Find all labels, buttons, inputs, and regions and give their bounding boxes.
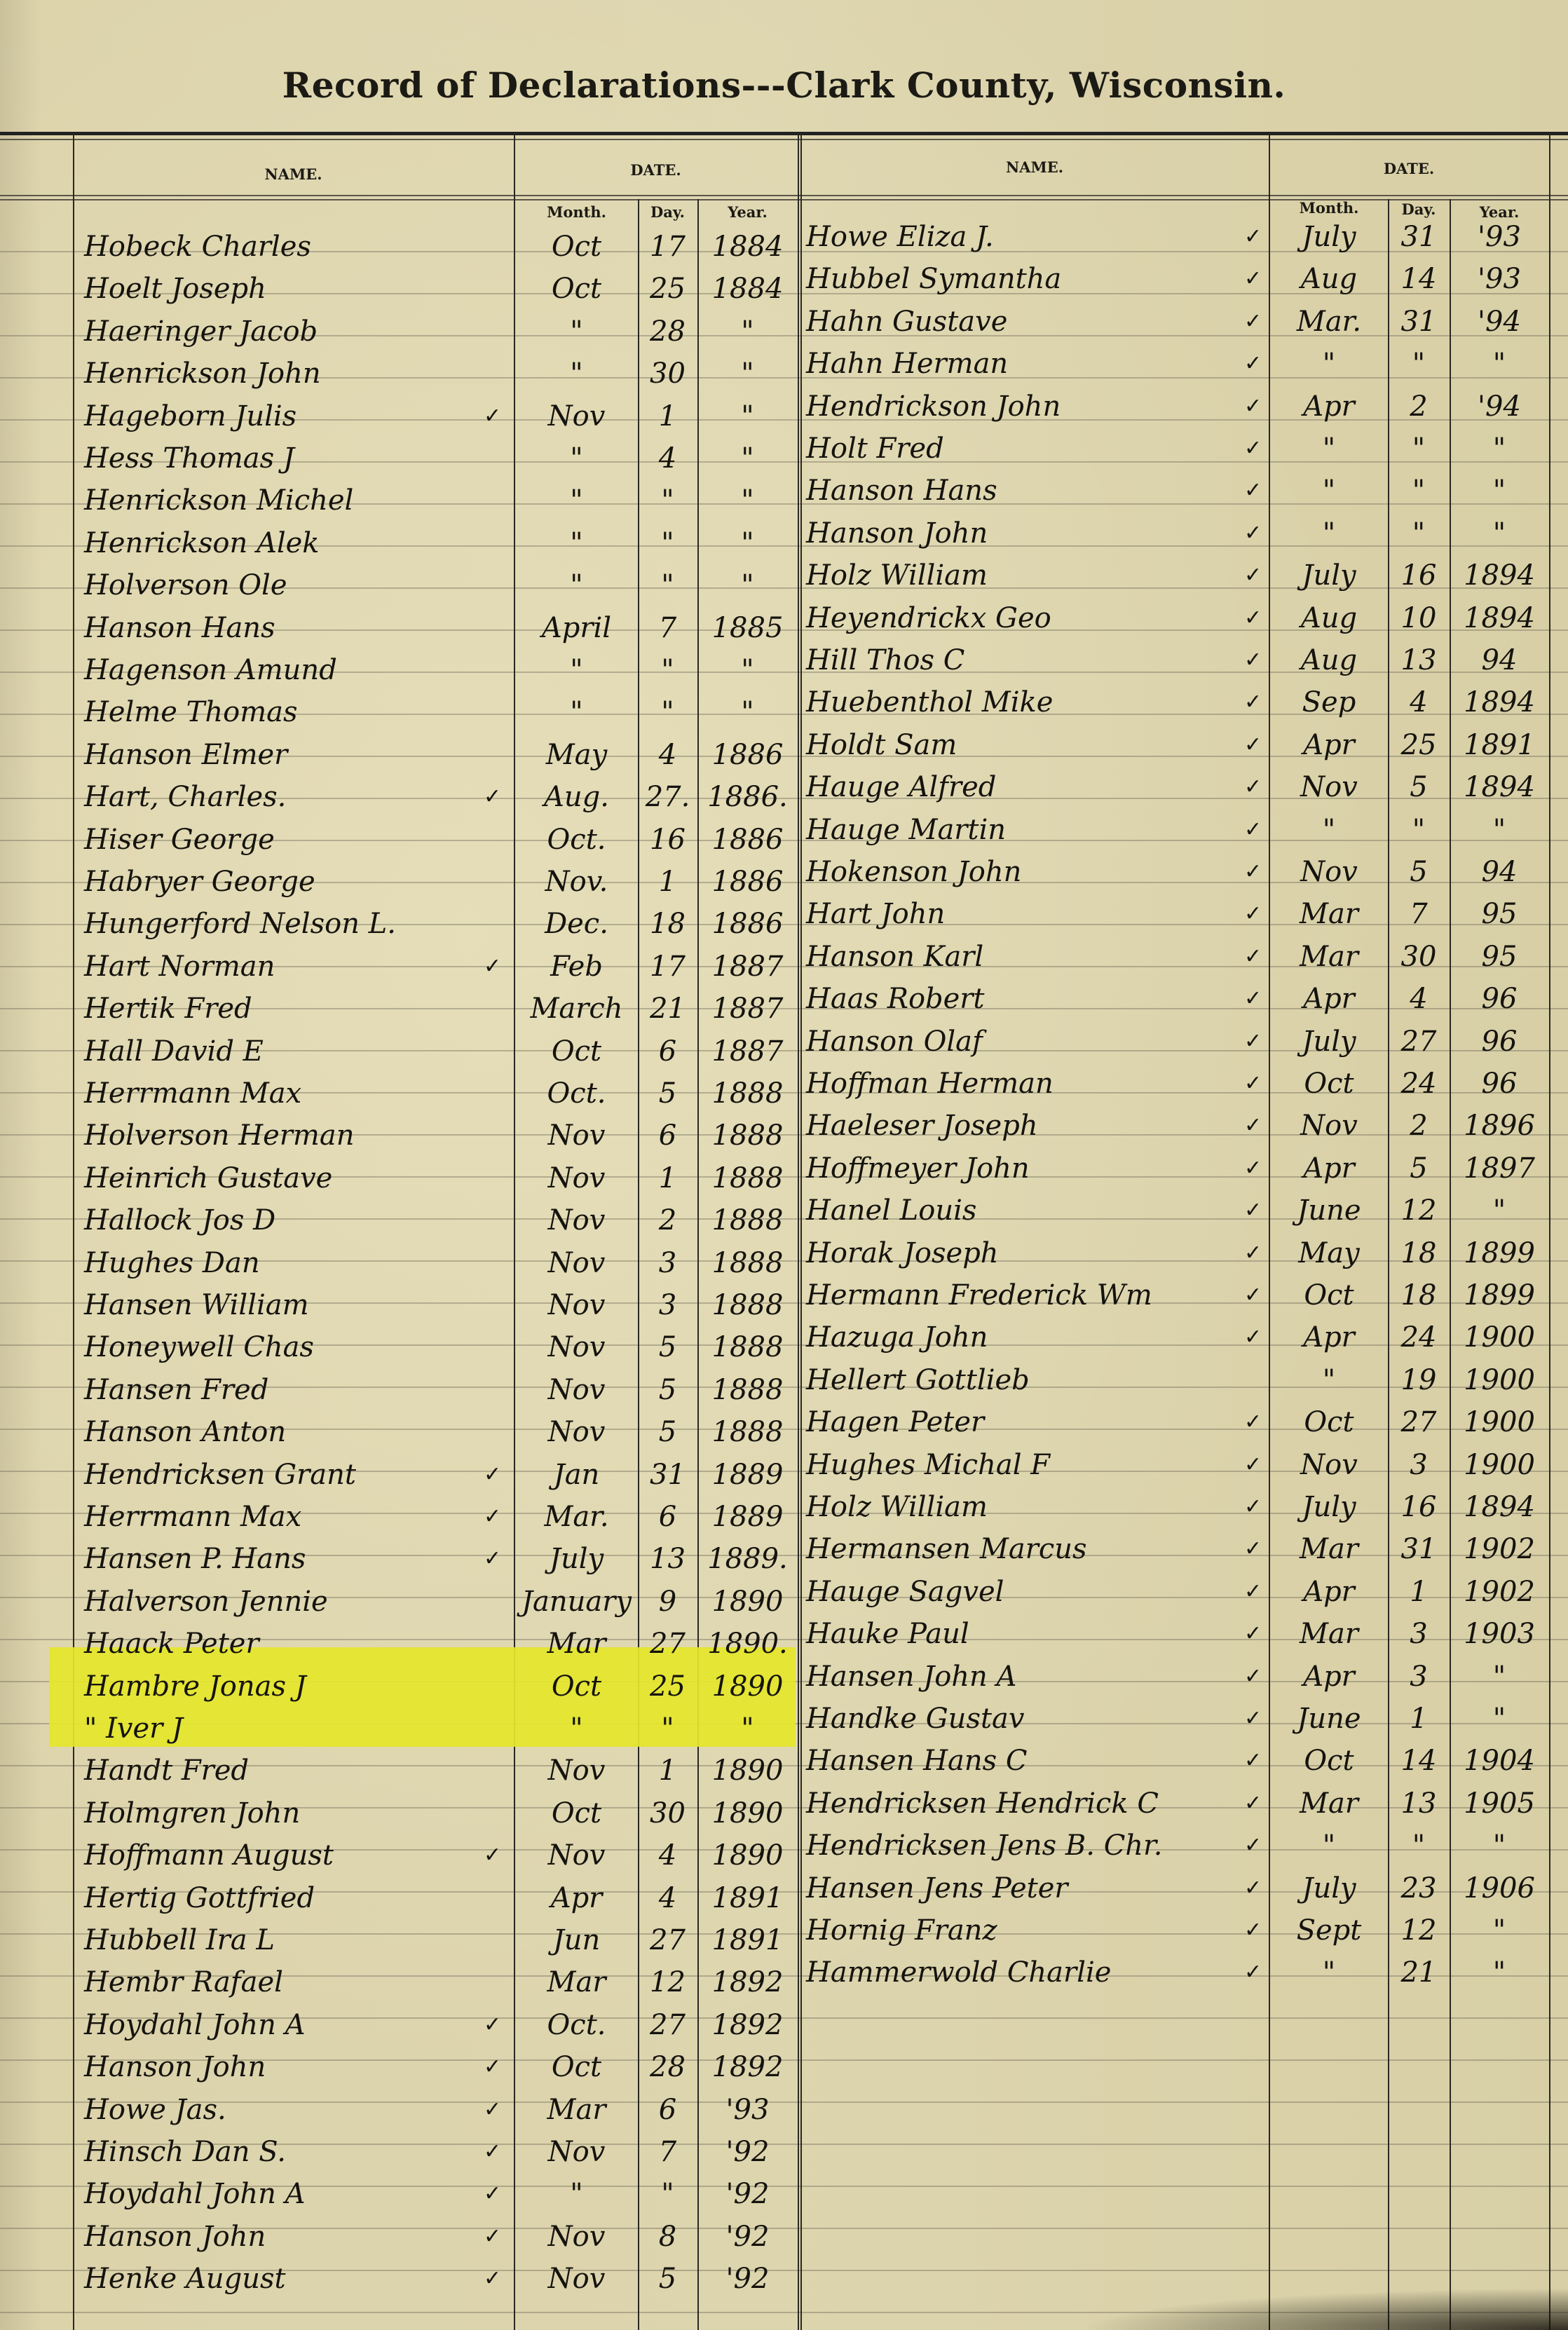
month-cell: Oct [1270,1063,1388,1105]
month-cell: " [1270,470,1388,512]
year-cell: '94 [1450,386,1549,428]
year-cell: 1899 [1450,1274,1549,1316]
month-cell: Nov [1270,1105,1388,1147]
year-cell: '92 [697,2258,798,2300]
day-cell: " [1388,1825,1450,1867]
name-cell: Hubbel Symantha [806,258,1241,300]
check-mark: ✓ [1244,1444,1265,1486]
day-cell: 13 [1388,639,1450,681]
name-cell: Hanel Louis [806,1190,1241,1232]
day-cell: " [1388,428,1450,470]
check-mark: ✓ [484,2216,505,2258]
day-cell: 10 [1388,597,1450,639]
month-cell: Nov [515,2258,638,2300]
check-mark: ✓ [1244,766,1265,808]
year-cell: 96 [1450,1063,1549,1105]
name-cell: Hanson John [806,512,1241,554]
name-cell: Holt Fred [806,428,1241,470]
check-mark: ✓ [1244,1232,1265,1274]
check-mark: ✓ [1244,1571,1265,1613]
day-cell: 4 [1388,978,1450,1020]
name-cell: Hokenson John [806,851,1241,893]
day-cell: 2 [1388,1105,1450,1147]
name-cell: Hauge Alfred [806,766,1241,808]
month-cell: " [1270,1825,1388,1867]
year-cell: 1894 [1450,597,1549,639]
check-mark: ✓ [1244,1147,1265,1190]
page-edge-shadow [1077,2288,1568,2330]
check-mark: ✓ [1244,639,1265,681]
table-row: Hanson John✓""" [0,512,1568,554]
table-row: Hansen Jens Peter✓July231906 [0,1867,1568,1909]
name-cell: Hendrickson John [806,386,1241,428]
year-cell: 1900 [1450,1444,1549,1486]
year-cell: 1899 [1450,1232,1549,1274]
name-cell: Henke August [84,2258,477,2300]
year-cell: " [1450,343,1549,385]
month-cell: Nov [1270,851,1388,893]
day-cell: 14 [1388,1740,1450,1782]
year-cell: 1902 [1450,1571,1549,1613]
month-cell: " [1270,1359,1388,1401]
name-cell: Holz William [806,554,1241,597]
check-mark: ✓ [1244,1656,1265,1698]
year-cell: 1904 [1450,1740,1549,1782]
check-mark: ✓ [1244,1401,1265,1443]
name-cell: Hammerwold Charlie [806,1951,1241,1994]
month-cell: Mar [1270,1783,1388,1825]
check-mark: ✓ [1244,1740,1265,1782]
name-cell: Howe Eliza J. [806,216,1241,258]
name-cell: Hellert Gottlieb [806,1359,1241,1401]
month-cell: Apr [1270,1571,1388,1613]
month-cell: July [1270,1867,1388,1909]
year-cell: 1894 [1450,1486,1549,1528]
table-row: Holt Fred✓""" [0,428,1568,470]
name-cell: Hansen Hans C [806,1740,1241,1782]
month-cell: Apr [1270,1147,1388,1190]
day-cell: " [1388,470,1450,512]
day-cell: 1 [1388,1698,1450,1740]
check-mark: ✓ [1244,1909,1265,1951]
name-cell: Hinsch Dan S. [84,2131,477,2173]
month-cell: Aug [1270,597,1388,639]
day-cell: 13 [1388,1783,1450,1825]
left-name-header: NAME. [73,165,514,183]
right-date-header: DATE. [1269,160,1549,177]
year-cell: '93 [1450,216,1549,258]
check-mark: ✓ [484,2258,505,2300]
month-cell: Aug [1270,639,1388,681]
year-cell: 1894 [1450,681,1549,723]
table-row: Hauke Paul✓Mar31903 [0,1613,1568,1655]
check-mark: ✓ [1244,851,1265,893]
name-cell: Hazuga John [806,1316,1241,1358]
check-mark: ✓ [1244,301,1265,343]
month-cell: Oct [1270,1401,1388,1443]
name-cell: Hauge Sagvel [806,1571,1241,1613]
year-cell: " [1450,1190,1549,1232]
year-cell: 1894 [1450,766,1549,808]
table-row: Hauge Martin✓""" [0,809,1568,851]
month-cell: " [1270,512,1388,554]
document-title: Record of Declarations---Clark County, W… [0,64,1568,106]
day-cell: 6 [638,2089,697,2131]
check-mark: ✓ [484,2046,505,2088]
month-cell: Nov [1270,1444,1388,1486]
check-mark: ✓ [1244,1825,1265,1867]
name-cell: Hoydahl John A [84,2004,477,2046]
month-cell: Sep [1270,681,1388,723]
table-row: Hoydahl John A✓Oct.271892 [0,2004,798,2046]
month-cell: " [1270,428,1388,470]
month-cell: " [515,2173,638,2215]
name-cell: Hansen Jens Peter [806,1867,1241,1909]
check-mark: ✓ [1244,1274,1265,1316]
check-mark: ✓ [1244,428,1265,470]
table-row: Hoffmeyer John✓Apr51897 [0,1147,1568,1190]
month-cell: Mar [1270,936,1388,978]
day-cell: 31 [1388,216,1450,258]
name-cell: Hauke Paul [806,1613,1241,1655]
year-cell: 1897 [1450,1147,1549,1190]
table-row: Hagen Peter✓Oct271900 [0,1401,1568,1443]
check-mark: ✓ [1244,1316,1265,1358]
table-row: Hoffman Herman✓Oct2496 [0,1063,1568,1105]
day-cell: 14 [1388,258,1450,300]
month-cell: Apr [1270,978,1388,1020]
check-mark: ✓ [484,2131,505,2173]
table-row: Henke August✓Nov5'92 [0,2258,798,2300]
table-row: Hammerwold Charlie✓"21" [0,1951,1568,1994]
header-rule-top [0,132,1568,135]
name-cell: Hermann Frederick Wm [806,1274,1241,1316]
table-row: Hellert Gottlieb"191900 [0,1359,1568,1401]
year-cell: 1891 [1450,724,1549,766]
year-cell: 1903 [1450,1613,1549,1655]
name-cell: Huebenthol Mike [806,681,1241,723]
table-row: Hanson John✓Nov8'92 [0,2216,798,2258]
year-cell: 94 [1450,851,1549,893]
year-cell: '93 [1450,258,1549,300]
table-row: Hanel Louis✓June12" [0,1190,1568,1232]
year-cell: 95 [1450,936,1549,978]
day-cell: 27 [638,2004,697,2046]
day-cell: 24 [1388,1316,1450,1358]
year-cell: " [1450,809,1549,851]
name-cell: Howe Jas. [84,2089,477,2131]
day-cell: 16 [1388,554,1450,597]
right-name-header: NAME. [800,158,1269,176]
day-cell: 25 [1388,724,1450,766]
table-row: Handke Gustav✓June1" [0,1698,1568,1740]
day-cell: 31 [1388,301,1450,343]
table-row: Hauge Sagvel✓Apr11902 [0,1571,1568,1613]
day-cell: 21 [1388,1951,1450,1994]
day-cell: 18 [1388,1274,1450,1316]
name-cell: Heyendrickx Geo [806,597,1241,639]
name-cell: Hornig Franz [806,1909,1241,1951]
year-cell: '94 [1450,301,1549,343]
day-cell: " [638,2173,697,2215]
month-cell: Apr [1270,386,1388,428]
name-cell: Hanson John [84,2046,477,2088]
check-mark: ✓ [1244,936,1265,978]
table-row: Huebenthol Mike✓Sep41894 [0,681,1568,723]
name-cell: Hanson John [84,2216,477,2258]
year-cell: 1900 [1450,1316,1549,1358]
month-cell: Nov [515,2216,638,2258]
check-mark: ✓ [1244,1613,1265,1655]
table-row: Hill Thos C✓Aug1394 [0,639,1568,681]
year-cell: '92 [697,2173,798,2215]
day-cell: 2 [1388,386,1450,428]
check-mark: ✓ [484,2173,505,2215]
table-row: Haeleser Joseph✓Nov21896 [0,1105,1568,1147]
month-cell: Nov [515,2131,638,2173]
table-row: Hauge Alfred✓Nov51894 [0,766,1568,808]
year-cell: 1892 [697,2046,798,2088]
table-row: Holz William✓July161894 [0,554,1568,597]
day-cell: 5 [1388,851,1450,893]
table-row: Hanson Olaf✓July2796 [0,1021,1568,1063]
name-cell: Hahn Gustave [806,301,1241,343]
table-row: Hart John✓Mar795 [0,893,1568,935]
name-cell: Haeleser Joseph [806,1105,1241,1147]
table-row: Haas Robert✓Apr496 [0,978,1568,1020]
name-cell: Hanson Karl [806,936,1241,978]
check-mark: ✓ [1244,216,1265,258]
day-cell: 27 [1388,1021,1450,1063]
year-cell: 1900 [1450,1359,1549,1401]
month-cell: Mar [1270,1528,1388,1570]
day-cell: 23 [1388,1867,1450,1909]
year-cell: " [1450,1698,1549,1740]
name-cell: Holz William [806,1486,1241,1528]
name-cell: Hagen Peter [806,1401,1241,1443]
month-cell: Mar [515,2089,638,2131]
month-cell: Apr [1270,1316,1388,1358]
name-cell: Handke Gustav [806,1698,1241,1740]
name-cell: Hill Thos C [806,639,1241,681]
month-cell: Apr [1270,1656,1388,1698]
table-row: Hughes Michal F✓Nov31900 [0,1444,1568,1486]
check-mark: ✓ [1244,512,1265,554]
table-row: Hansen John A✓Apr3" [0,1656,1568,1698]
check-mark: ✓ [1244,1528,1265,1570]
month-cell: Aug [1270,258,1388,300]
table-row: Hansen Hans C✓Oct141904 [0,1740,1568,1782]
day-cell: 30 [1388,936,1450,978]
day-cell: 18 [1388,1232,1450,1274]
name-cell: Hoffman Herman [806,1063,1241,1105]
day-cell: 7 [638,2131,697,2173]
year-cell: 1900 [1450,1401,1549,1443]
check-mark: ✓ [484,2089,505,2131]
name-cell: Hendricksen Hendrick C [806,1783,1241,1825]
table-row: Hornig Franz✓Sept12" [0,1909,1568,1951]
table-row: Hanson Hans✓""" [0,470,1568,512]
month-cell: Mar [1270,1613,1388,1655]
year-cell: 95 [1450,893,1549,935]
check-mark: ✓ [1244,470,1265,512]
table-row: Hokenson John✓Nov594 [0,851,1568,893]
check-mark: ✓ [1244,1951,1265,1994]
month-cell: Oct [515,2046,638,2088]
year-cell: '92 [697,2131,798,2173]
month-cell: Apr [1270,724,1388,766]
month-cell: Oct. [515,2004,638,2046]
year-cell: " [1450,1825,1549,1867]
check-mark: ✓ [484,2004,505,2046]
check-mark: ✓ [1244,343,1265,385]
table-row: Heyendrickx Geo✓Aug101894 [0,597,1568,639]
year-cell: 1902 [1450,1528,1549,1570]
name-cell: Hart John [806,893,1241,935]
table-row: Horak Joseph✓May181899 [0,1232,1568,1274]
day-cell: 5 [638,2258,697,2300]
table-row: Hahn Gustave✓Mar.31'94 [0,301,1568,343]
table-row: Hendrickson John✓Apr2'94 [0,386,1568,428]
table-row: Hubbel Symantha✓Aug14'93 [0,258,1568,300]
day-cell: 3 [1388,1444,1450,1486]
check-mark: ✓ [1244,597,1265,639]
table-row: Holz William✓July161894 [0,1486,1568,1528]
name-cell: Hermansen Marcus [806,1528,1241,1570]
check-mark: ✓ [1244,809,1265,851]
check-mark: ✓ [1244,1190,1265,1232]
name-cell: Holdt Sam [806,724,1241,766]
name-cell: Hansen John A [806,1656,1241,1698]
day-cell: 7 [1388,893,1450,935]
month-cell: June [1270,1698,1388,1740]
table-row: Hanson Karl✓Mar3095 [0,936,1568,978]
check-mark: ✓ [1244,724,1265,766]
name-cell: Hanson Olaf [806,1021,1241,1063]
year-cell: 1896 [1450,1105,1549,1147]
check-mark: ✓ [1244,554,1265,597]
month-cell: " [1270,343,1388,385]
year-cell: " [1450,470,1549,512]
check-mark: ✓ [1244,258,1265,300]
month-cell: Oct [1270,1274,1388,1316]
check-mark: ✓ [1244,1867,1265,1909]
month-cell: June [1270,1190,1388,1232]
check-mark: ✓ [1244,893,1265,935]
year-cell: 1894 [1450,554,1549,597]
name-cell: Hauge Martin [806,809,1241,851]
check-mark: ✓ [1244,681,1265,723]
year-cell: '93 [697,2089,798,2131]
check-mark: ✓ [1244,1105,1265,1147]
name-cell: Hoffmeyer John [806,1147,1241,1190]
table-row: Howe Eliza J.✓July31'93 [0,216,1568,258]
table-row: Hazuga John✓Apr241900 [0,1316,1568,1358]
table-row: Hermann Frederick Wm✓Oct181899 [0,1274,1568,1316]
year-cell: " [1450,1909,1549,1951]
month-cell: Sept [1270,1909,1388,1951]
month-cell: Mar. [1270,301,1388,343]
table-row: Hinsch Dan S.✓Nov7'92 [0,2131,798,2173]
day-cell: 31 [1388,1528,1450,1570]
day-cell: " [1388,343,1450,385]
table-row: Hendricksen Hendrick C✓Mar131905 [0,1783,1568,1825]
year-cell: 1906 [1450,1867,1549,1909]
table-row: Hanson John✓Oct281892 [0,2046,798,2088]
month-cell: May [1270,1232,1388,1274]
day-cell: " [1388,809,1450,851]
month-cell: " [1270,809,1388,851]
table-row: Hendricksen Jens B. Chr.✓""" [0,1825,1568,1867]
name-cell: Hoydahl John A [84,2173,477,2215]
year-cell: " [1450,1656,1549,1698]
day-cell: 19 [1388,1359,1450,1401]
day-cell: 12 [1388,1190,1450,1232]
year-cell: 1905 [1450,1783,1549,1825]
month-cell: Oct [1270,1740,1388,1782]
table-row: Hahn Herman✓""" [0,343,1568,385]
month-cell: " [1270,1951,1388,1994]
name-cell: Haas Robert [806,978,1241,1020]
year-cell: '92 [697,2216,798,2258]
header-rule-top-thin [0,139,1568,140]
table-row: Hermansen Marcus✓Mar311902 [0,1528,1568,1570]
name-cell: Hendricksen Jens B. Chr. [806,1825,1241,1867]
month-cell: July [1270,1486,1388,1528]
check-mark: ✓ [1244,1486,1265,1528]
day-cell: 12 [1388,1909,1450,1951]
check-mark: ✓ [1244,1698,1265,1740]
check-mark: ✓ [1244,1783,1265,1825]
month-cell: July [1270,216,1388,258]
check-mark: ✓ [1244,978,1265,1020]
year-cell: 96 [1450,978,1549,1020]
year-cell: 96 [1450,1021,1549,1063]
day-cell: 3 [1388,1613,1450,1655]
name-cell: Hughes Michal F [806,1444,1241,1486]
name-cell: Horak Joseph [806,1232,1241,1274]
name-cell: Hahn Herman [806,343,1241,385]
day-cell: 3 [1388,1656,1450,1698]
check-mark: ✓ [1244,1063,1265,1105]
day-cell: 16 [1388,1486,1450,1528]
year-cell: 94 [1450,639,1549,681]
name-cell: Hanson Hans [806,470,1241,512]
right-month-header: Month. [1270,199,1388,217]
left-date-header: DATE. [514,161,798,179]
table-row: Hoydahl John A✓""'92 [0,2173,798,2215]
year-cell: 1892 [697,2004,798,2046]
header-rule-bottom [0,195,1568,196]
year-cell: " [1450,428,1549,470]
day-cell: 5 [1388,766,1450,808]
month-cell: July [1270,1021,1388,1063]
day-cell: 8 [638,2216,697,2258]
month-cell: Mar [1270,893,1388,935]
month-cell: Nov [1270,766,1388,808]
year-cell: " [1450,512,1549,554]
day-cell: 24 [1388,1063,1450,1105]
day-cell: 27 [1388,1401,1450,1443]
year-cell: " [1450,1951,1549,1994]
table-row: Holdt Sam✓Apr251891 [0,724,1568,766]
day-cell: " [1388,512,1450,554]
check-mark: ✓ [1244,386,1265,428]
day-cell: 28 [638,2046,697,2088]
day-cell: 5 [1388,1147,1450,1190]
day-cell: 4 [1388,681,1450,723]
day-cell: 1 [1388,1571,1450,1613]
